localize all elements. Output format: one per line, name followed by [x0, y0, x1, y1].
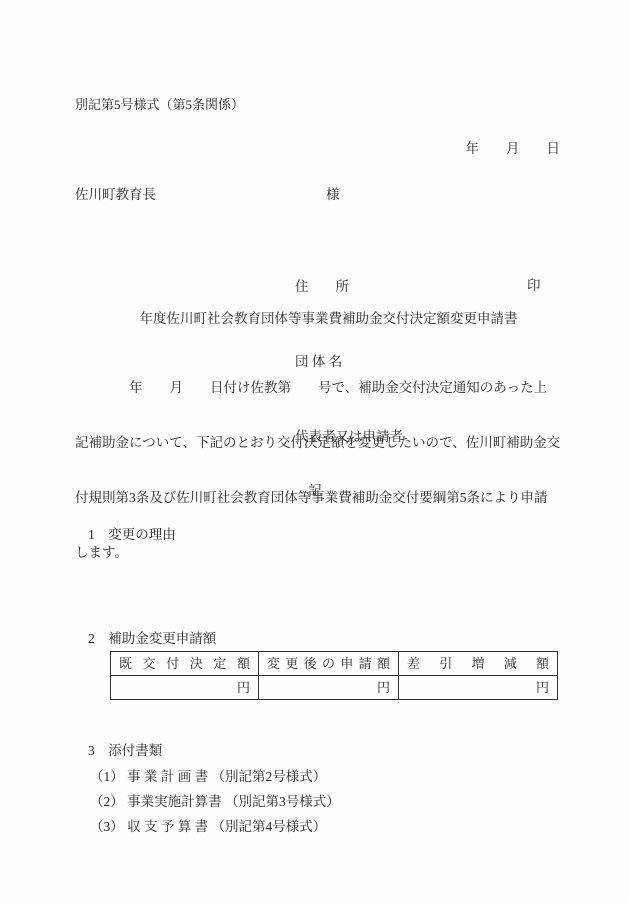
subsidy-amount-table: 既 交 付 決 定 額 変 更 後 の 申 請 額 差 引 増 減 額 円 円 …: [110, 651, 558, 700]
prior-decided-amount-header: 既 交 付 決 定 額: [111, 652, 258, 676]
seal-mark: 印: [527, 274, 541, 294]
attachment-item-3: （3） 収 支 予 算 書 （別記第4号様式）: [90, 815, 326, 835]
prior-decided-amount-value: 円: [111, 676, 258, 699]
address-label: 住 所: [295, 274, 403, 299]
section-2-label: 2 補助金変更申請額: [88, 627, 216, 647]
date-placeholder: 年 月 日: [0, 137, 630, 157]
document-title: 年度佐川町社会教育団体等事業費補助金交付決定額変更申請書: [0, 307, 630, 327]
body-line: 記補助金について、下記のとおり交付決定額を変更したいので、佐川町補助金交: [75, 431, 562, 454]
addressee-name: 佐川町教育長: [75, 183, 156, 203]
attachment-item-2: （2） 事業実施計算書 （別記第3号様式）: [90, 790, 340, 810]
body-line: 年 月 日付け佐教第 号で、補助金交付決定通知のあった上: [75, 376, 562, 399]
difference-amount-value: 円: [398, 676, 557, 699]
body-line: します。: [75, 541, 562, 564]
body-paragraph: 年 月 日付け佐教第 号で、補助金交付決定通知のあった上 記補助金について、下記…: [75, 344, 562, 596]
application-form-document: 別記第5号様式（第5条関係） 年 月 日 佐川町教育長 様 住 所 団 体 名 …: [0, 0, 630, 903]
amount-after-change-header: 変 更 後 の 申 請 額: [258, 652, 398, 676]
section-3-label: 3 添付書類: [88, 739, 162, 759]
difference-amount-header: 差 引 増 減 額: [398, 652, 557, 676]
addressee-honorific: 様: [326, 183, 340, 203]
amount-after-change-value: 円: [258, 676, 398, 699]
attachment-item-1: （1） 事 業 計 画 書 （別記第2号様式）: [90, 765, 326, 785]
section-1-label: 1 変更の理由: [88, 523, 176, 543]
note-marker: 記: [0, 479, 630, 499]
form-code-label: 別記第5号様式（第5条関係）: [75, 94, 244, 113]
